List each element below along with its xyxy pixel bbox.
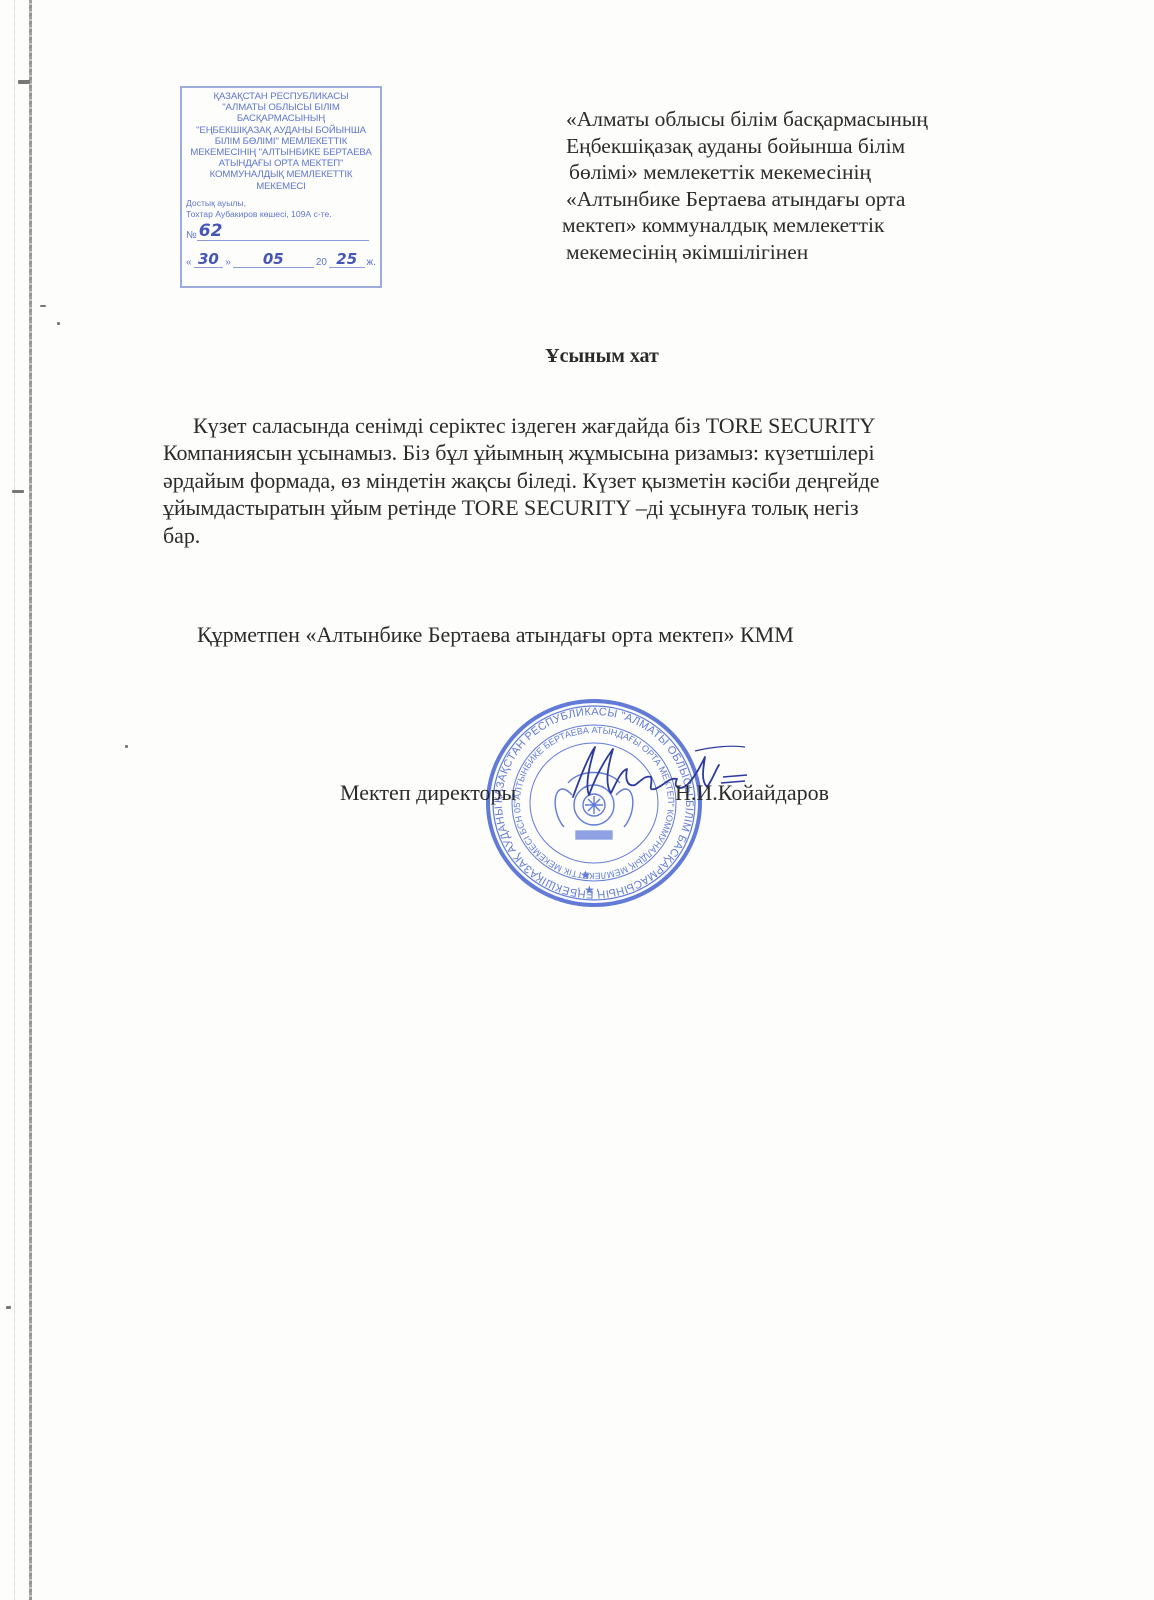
stamp-org-line: ҚАЗАҚСТАН РЕСПУБЛИКАСЫ [186,91,376,102]
scan-speck [40,305,46,307]
sender-line: мекемесінің әкімшілігінен [566,239,1036,266]
stamp-date-quote: » [225,257,231,268]
stamp-address: Достық ауылы, Тохтар Аубакиров көшесі, 1… [186,198,376,220]
stamp-address-line: Достық ауылы, [186,198,376,209]
stamp-address-line: Тохтар Аубакиров көшесі, 109А с-те. [186,209,376,220]
sender-line: бөлімі» мемлекеттік мекемесінің [566,159,1036,186]
scan-speck [18,80,30,84]
letter-body: Күзет саласында сенімді серіктес іздеген… [163,412,1023,549]
scan-edge-faint [14,0,15,1600]
sender-block: «Алматы облысы білім басқармасының Еңбек… [566,106,1036,266]
body-line: бар. [163,522,1023,549]
stamp-date-day: 30 [194,251,224,268]
sender-line: «Алматы облысы білім басқармасының [566,106,1036,133]
stamp-date-year: 25 [329,251,365,268]
body-line: әрдайым формада, өз міндетін жақсы білед… [163,467,1023,494]
stamp-date-year-prefix: 20 [316,257,327,268]
body-line: Күзет саласында сенімді серіктес іздеген… [163,412,1023,439]
signatory-role: Мектеп директоры [340,780,516,806]
signatory-name: Н.И.Койайдаров [675,780,829,806]
body-line: ұйымдастыратын ұйым ретінде TORE SECURIT… [163,494,1023,521]
scan-speck [6,1306,11,1309]
sender-line: «Алтынбике Бертаева атындағы орта [566,186,1036,213]
stamp-org-line: БІЛІМ БӨЛІМІ" МЕМЛЕКЕТТІК [186,136,376,147]
closing-line: Құрметпен «Алтынбике Бертаева атындағы о… [197,622,794,648]
sender-line: Еңбекшіқазақ ауданы бойынша білім [566,133,1036,160]
stamp-number-row: № 62 [186,222,376,241]
stamp-number-label: № [186,230,197,241]
stamp-org-line: "ЕҢБЕКШІҚАЗАҚ АУДАНЫ БОЙЫНША [186,125,376,136]
stamp-org-line: БАСҚАРМАСЫНЫҢ [186,113,376,124]
stamp-number-value: 62 [197,222,369,241]
stamp-date-month: 05 [233,251,314,268]
scan-speck [57,322,60,325]
body-line: Компаниясын ұсынамыз. Біз бұл ұйымның жұ… [163,439,1023,466]
scan-speck [12,490,24,493]
svg-text:★: ★ [584,883,595,897]
sender-line: мектеп» коммуналдық мемлекеттік [562,212,1036,239]
stamp-org-line: АТЫНДАҒЫ ОРТА МЕКТЕП" [186,158,376,169]
stamp-date-suffix: ж. [367,257,376,268]
document-title: Ұсыным хат [0,345,1154,368]
stamp-date-row: « 30 » 05 20 25 ж. [186,251,376,268]
svg-text:★: ★ [580,868,591,882]
stamp-org-line: "АЛМАТЫ ОБЛЫСЫ БІЛІМ [186,102,376,113]
stamp-org-line: МЕКЕМЕСІ [186,181,376,192]
registration-stamp: ҚАЗАҚСТАН РЕСПУБЛИКАСЫ "АЛМАТЫ ОБЛЫСЫ БІ… [180,86,382,288]
stamp-org-line: МЕКЕМЕСІНІҢ "АЛТЫНБИКЕ БЕРТАЕВА [186,147,376,158]
scan-speck [125,745,128,748]
stamp-organization: ҚАЗАҚСТАН РЕСПУБЛИКАСЫ "АЛМАТЫ ОБЛЫСЫ БІ… [186,91,376,192]
scan-edge-binding [29,0,32,1600]
stamp-date-quote: « [186,257,192,268]
stamp-org-line: КОММУНАЛДЫҚ МЕМЛЕКЕТТІК [186,169,376,180]
